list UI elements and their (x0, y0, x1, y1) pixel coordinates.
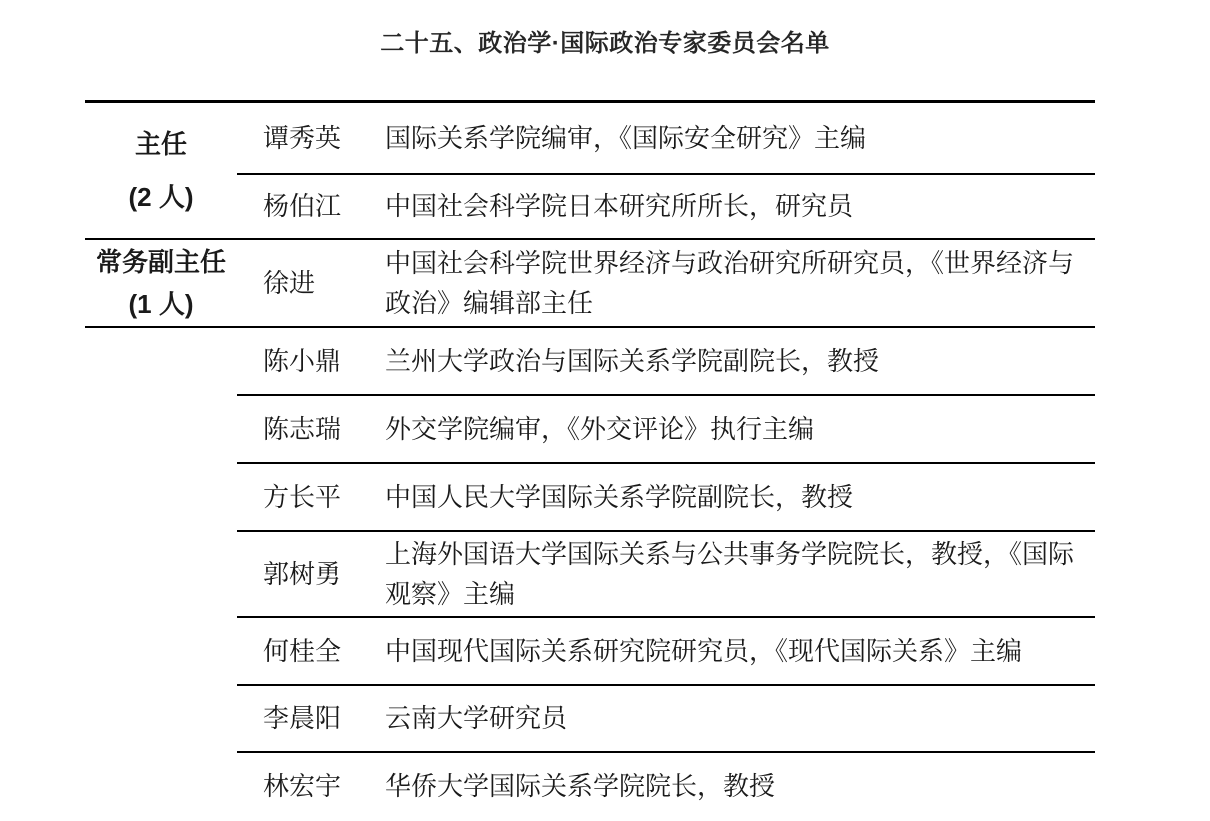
role-label-cell-empty (85, 327, 237, 820)
member-name: 李晨阳 (237, 685, 385, 752)
role-count: (2 人) (85, 182, 237, 212)
member-description: 中国人民大学国际关系学院副院长，教授 (385, 463, 1095, 531)
member-name: 徐进 (237, 239, 385, 327)
member-name: 林宏宇 (237, 752, 385, 820)
committee-roster-table: 主任 (2 人) 谭秀英 国际关系学院编审，《国际安全研究》主编 杨伯江 中国社… (85, 100, 1095, 820)
role-label-cell: 常务副主任 (1 人) (85, 239, 237, 327)
member-description: 云南大学研究员 (385, 685, 1095, 752)
member-description: 兰州大学政治与国际关系学院副院长，教授 (385, 327, 1095, 395)
table-row: 何桂全 中国现代国际关系研究院研究员，《现代国际关系》主编 (85, 617, 1095, 685)
member-name: 何桂全 (237, 617, 385, 685)
table-row: 杨伯江 中国社会科学院日本研究所所长，研究员 (85, 174, 1095, 239)
member-name: 郭树勇 (237, 531, 385, 617)
member-name: 方长平 (237, 463, 385, 531)
member-name: 谭秀英 (237, 102, 385, 174)
role-label-cell: 主任 (2 人) (85, 102, 237, 239)
member-description: 中国现代国际关系研究院研究员，《现代国际关系》主编 (385, 617, 1095, 685)
member-name: 陈志瑞 (237, 395, 385, 463)
table-row: 林宏宇 华侨大学国际关系学院院长，教授 (85, 752, 1095, 820)
role-title: 主任 (85, 129, 237, 159)
member-name: 陈小鼎 (237, 327, 385, 395)
role-title: 常务副主任 (85, 247, 237, 277)
member-description: 国际关系学院编审，《国际安全研究》主编 (385, 102, 1095, 174)
page-title: 二十五、政治学·国际政治专家委员会名单 (0, 30, 1210, 58)
member-description: 外交学院编审，《外交评论》执行主编 (385, 395, 1095, 463)
table-row: 主任 (2 人) 谭秀英 国际关系学院编审，《国际安全研究》主编 (85, 102, 1095, 174)
table-row: 李晨阳 云南大学研究员 (85, 685, 1095, 752)
member-description: 上海外国语大学国际关系与公共事务学院院长，教授，《国际观察》主编 (385, 531, 1095, 617)
table-row: 陈小鼎 兰州大学政治与国际关系学院副院长，教授 (85, 327, 1095, 395)
table-row: 常务副主任 (1 人) 徐进 中国社会科学院世界经济与政治研究所研究员，《世界经… (85, 239, 1095, 327)
role-count: (1 人) (85, 289, 237, 319)
member-description: 中国社会科学院日本研究所所长，研究员 (385, 174, 1095, 239)
member-description: 华侨大学国际关系学院院长，教授 (385, 752, 1095, 820)
table-row: 方长平 中国人民大学国际关系学院副院长，教授 (85, 463, 1095, 531)
table-row: 郭树勇 上海外国语大学国际关系与公共事务学院院长，教授，《国际观察》主编 (85, 531, 1095, 617)
member-description: 中国社会科学院世界经济与政治研究所研究员，《世界经济与政治》编辑部主任 (385, 239, 1095, 327)
member-name: 杨伯江 (237, 174, 385, 239)
document-page: { "page": { "title": "二十五、政治学·国际政治专家委员会名… (0, 0, 1210, 821)
table-row: 陈志瑞 外交学院编审，《外交评论》执行主编 (85, 395, 1095, 463)
